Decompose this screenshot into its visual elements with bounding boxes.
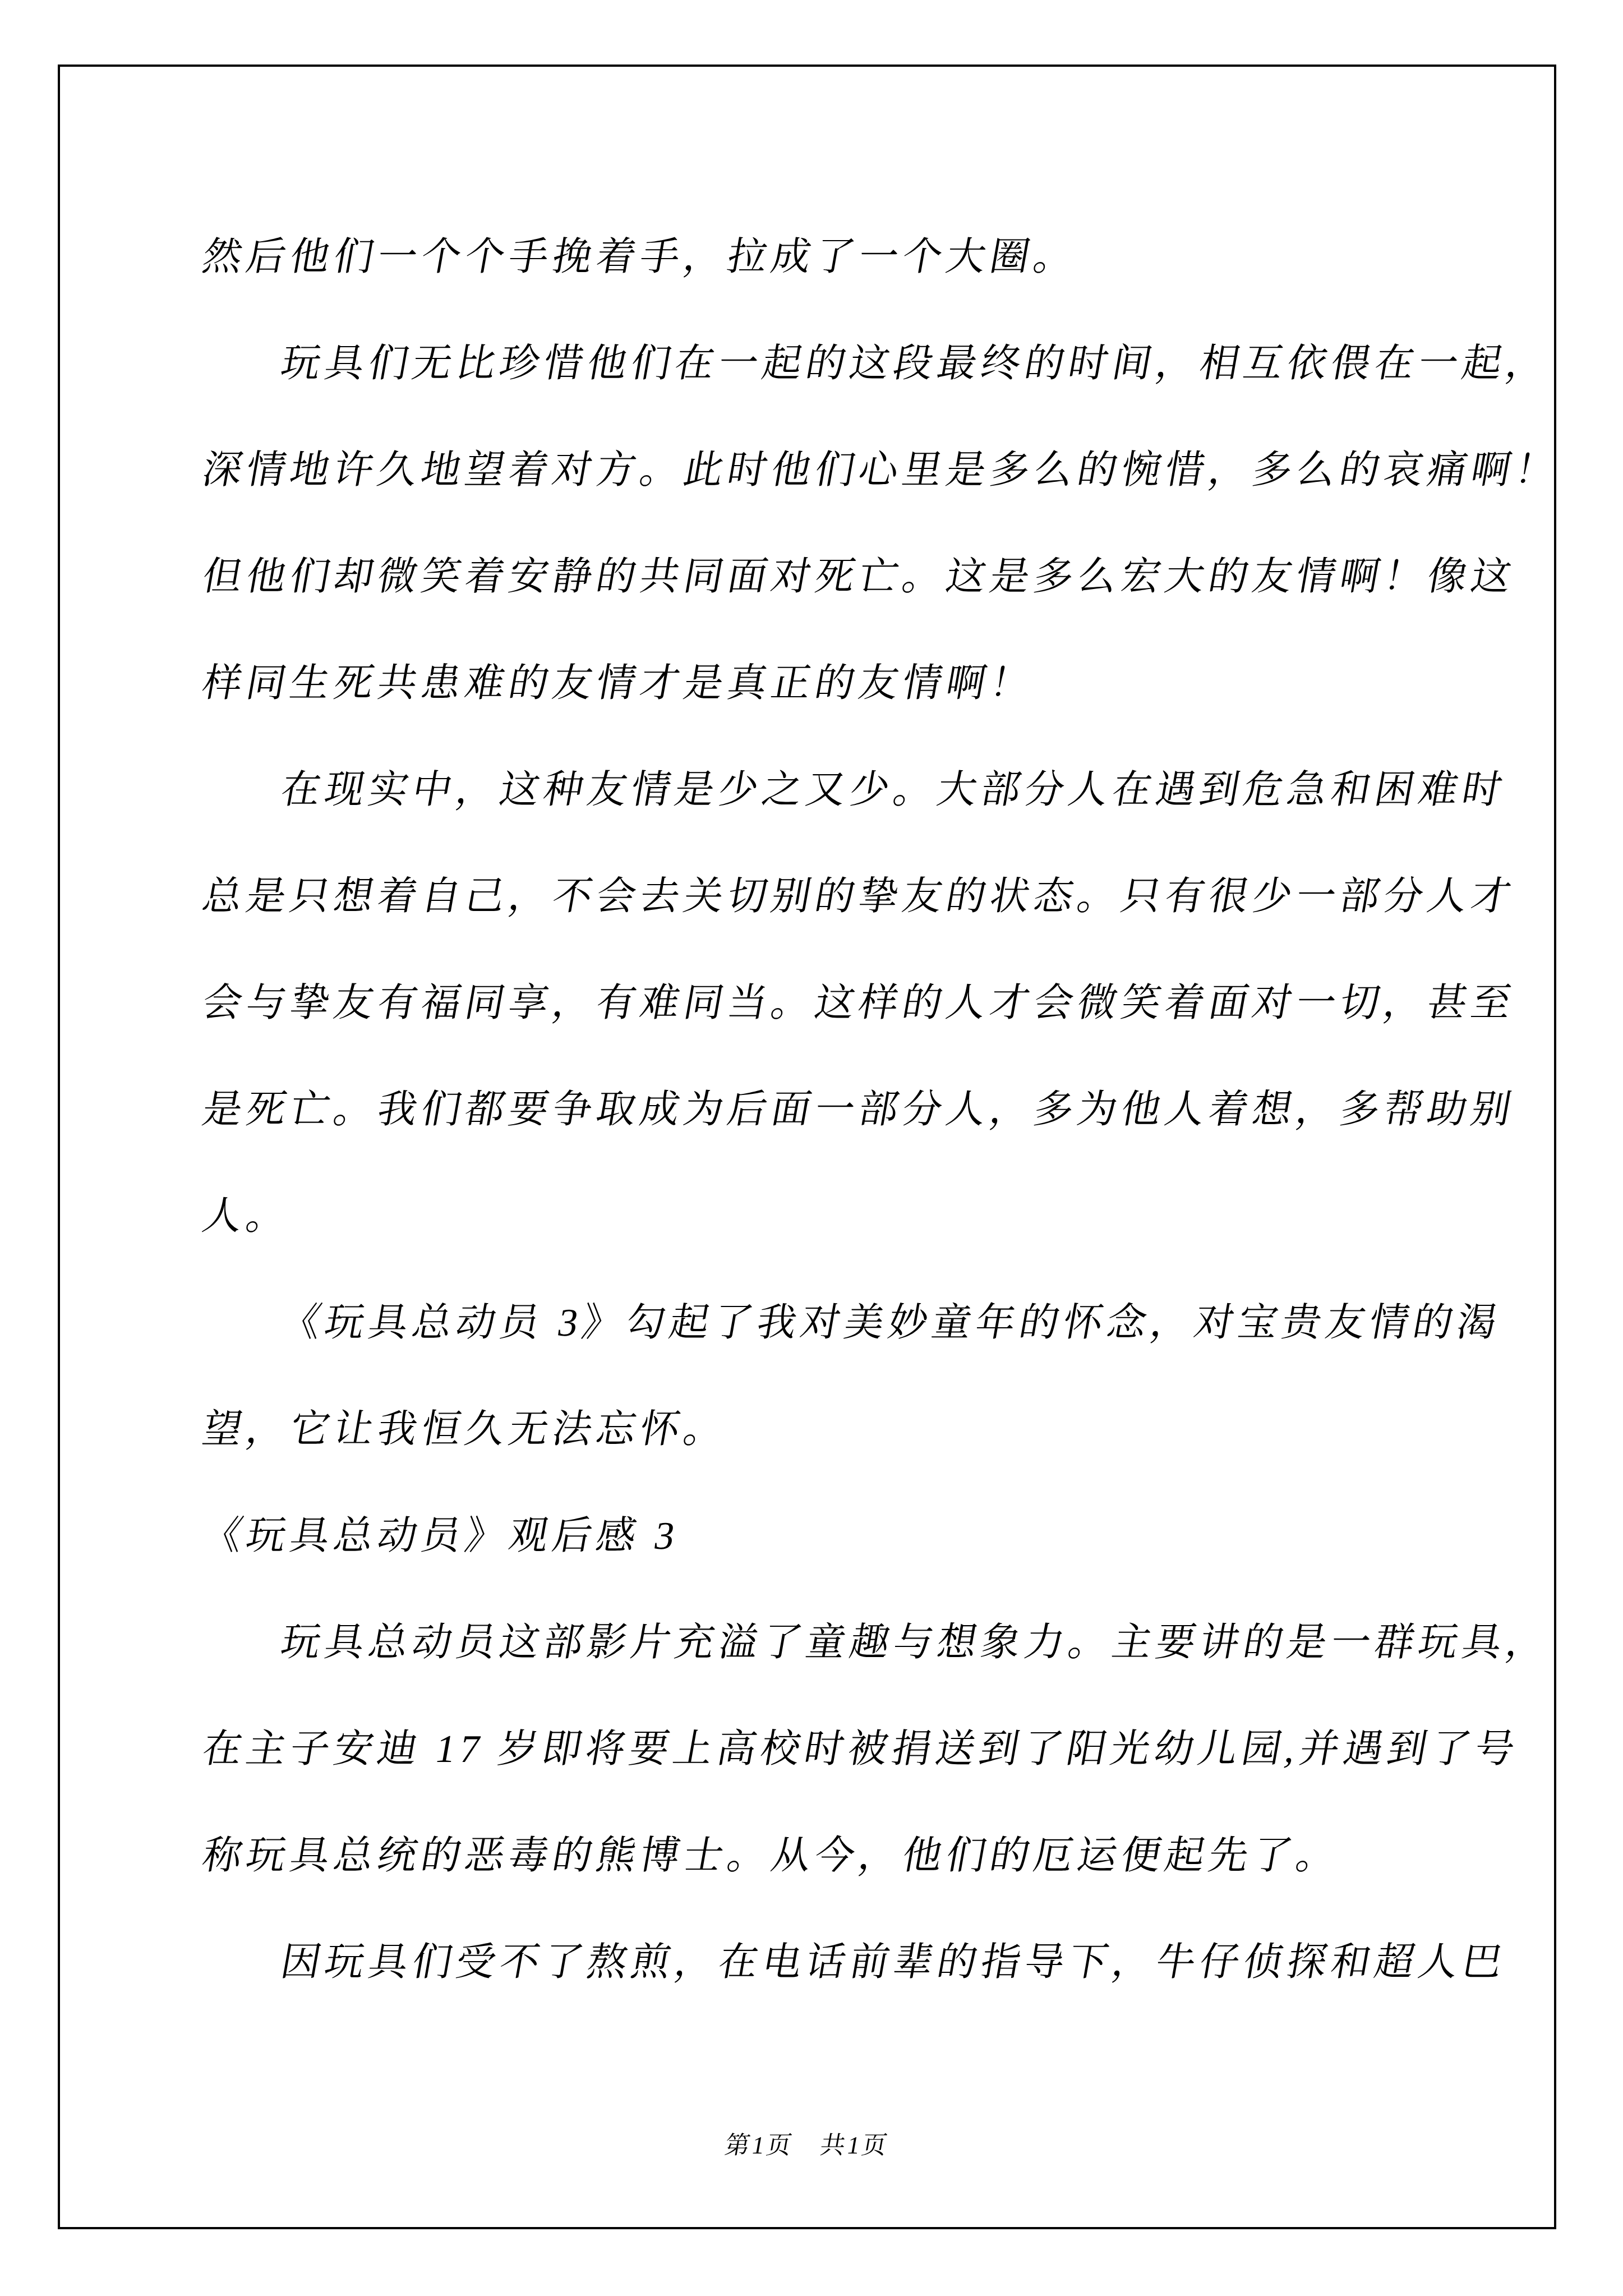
text-line: 望，它让我恒久无法忘怀。	[193, 1377, 1530, 1483]
page-footer: 第1页 共1页	[60, 2129, 1554, 2162]
document-body-text: 然后他们一个个手挽着手，拉成了一个大圈。玩具们无比珍惜他们在一起的这段最终的时间…	[193, 204, 1511, 2016]
text-line: 玩具总动员这部影片充溢了童趣与想象力。主要讲的是一群玩具，	[193, 1590, 1530, 1696]
text-line: 《玩具总动员》观后感 3	[193, 1483, 1530, 1590]
text-line: 玩具们无比珍惜他们在一起的这段最终的时间，相互依偎在一起，	[193, 311, 1530, 417]
text-line: 但他们却微笑着安静的共同面对死亡。这是多么宏大的友情啊！像这	[193, 524, 1530, 631]
text-line: 样同生死共患难的友情才是真正的友情啊！	[193, 631, 1530, 737]
document-page: 然后他们一个个手挽着手，拉成了一个大圈。玩具们无比珍惜他们在一起的这段最终的时间…	[0, 0, 1623, 2296]
text-line: 是死亡。我们都要争取成为后面一部分人，多为他人着想，多帮助别	[193, 1057, 1530, 1163]
text-line: 因玩具们受不了熬煎，在电话前辈的指导下，牛仔侦探和超人巴	[193, 1910, 1530, 2016]
text-line: 称玩具总统的恶毒的熊博士。从今，他们的厄运便起先了。	[193, 1803, 1530, 1910]
page-border-frame: 然后他们一个个手挽着手，拉成了一个大圈。玩具们无比珍惜他们在一起的这段最终的时间…	[58, 65, 1556, 2229]
text-line: 深情地许久地望着对方。此时他们心里是多么的惋惜，多么的哀痛啊！	[193, 417, 1530, 524]
text-line: 人。	[193, 1163, 1530, 1270]
text-line: 会与挚友有福同享，有难同当。这样的人才会微笑着面对一切，甚至	[193, 950, 1530, 1057]
text-line: 《玩具总动员 3》勾起了我对美妙童年的怀念，对宝贵友情的渴	[193, 1270, 1530, 1377]
page-number-label: 第1页 共1页	[722, 2129, 892, 2162]
text-line: 在现实中，这种友情是少之又少。大部分人在遇到危急和困难时	[193, 737, 1530, 844]
text-line: 然后他们一个个手挽着手，拉成了一个大圈。	[193, 204, 1530, 311]
text-line: 总是只想着自己，不会去关切别的挚友的状态。只有很少一部分人才	[193, 844, 1530, 950]
text-line: 在主子安迪 17 岁即将要上高校时被捐送到了阳光幼儿园,并遇到了号	[193, 1696, 1530, 1803]
